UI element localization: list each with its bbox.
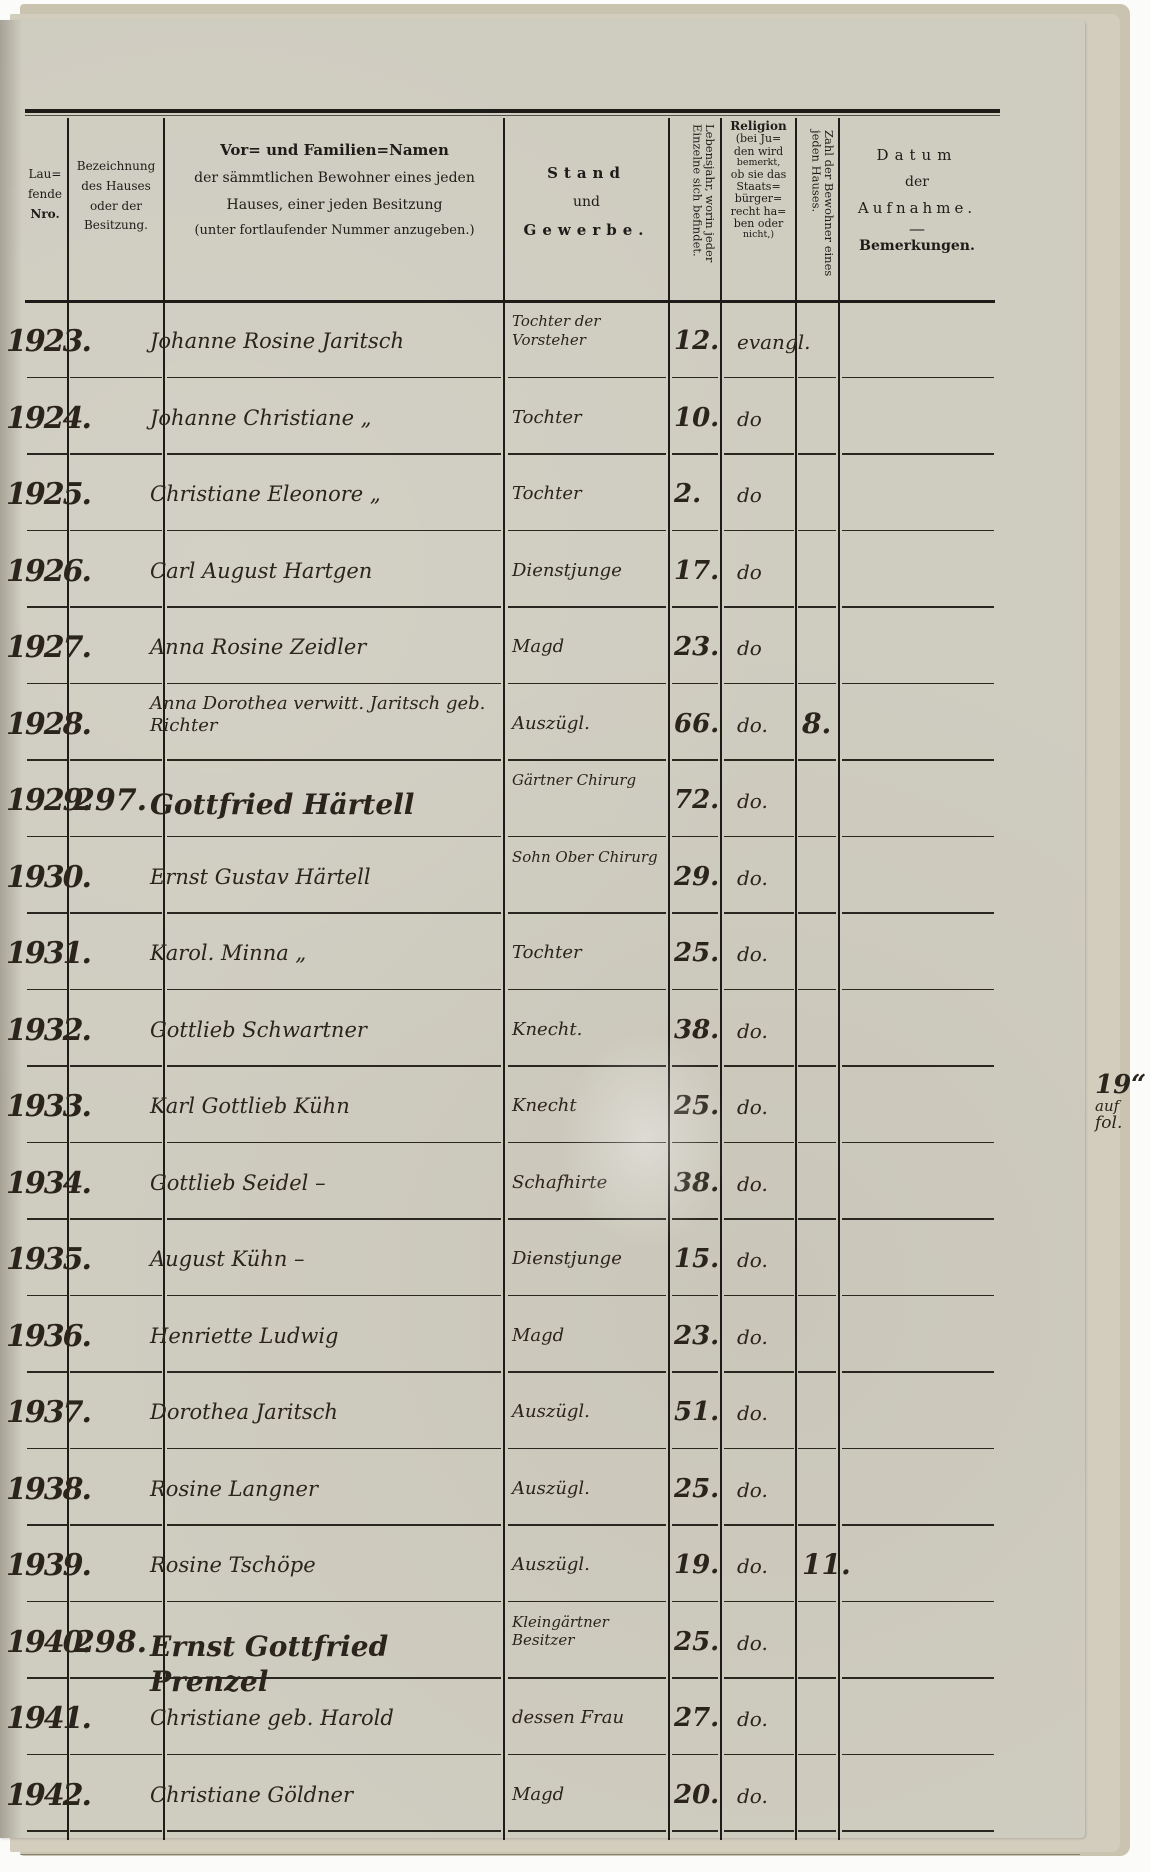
row-separator xyxy=(70,530,162,532)
resident-name: August Kühn – xyxy=(150,1246,500,1272)
row-separator xyxy=(167,1524,501,1526)
resident-name: Henriette Ludwig xyxy=(150,1323,500,1349)
header-text: bürger= xyxy=(722,193,795,205)
row-separator xyxy=(508,1830,666,1832)
row-separator xyxy=(167,1448,501,1450)
resident-name: Anna Rosine Zeidler xyxy=(150,634,500,660)
header-text: Aufnahme. xyxy=(842,200,992,217)
row-separator xyxy=(672,1601,718,1603)
religion: do. xyxy=(737,713,768,737)
religion: do. xyxy=(737,1707,768,1731)
row-separator xyxy=(672,1448,718,1450)
row-separator xyxy=(27,1677,67,1679)
row-separator xyxy=(672,1524,718,1526)
religion: do. xyxy=(737,942,768,966)
row-separator xyxy=(672,1830,718,1832)
row-separator xyxy=(508,606,666,608)
row-separator xyxy=(167,1142,501,1144)
row-separator xyxy=(798,1295,836,1297)
row-separator xyxy=(842,1830,994,1832)
religion: do. xyxy=(737,1095,768,1119)
row-separator xyxy=(167,1754,501,1756)
header-text: (bei Ju= xyxy=(722,133,795,145)
row-separator xyxy=(842,989,994,991)
age: 66. xyxy=(674,709,719,739)
occupation: Gärtner Chirurg xyxy=(512,771,668,790)
religion: do xyxy=(737,560,762,584)
row-separator xyxy=(508,836,666,838)
row-number: 1924. xyxy=(6,401,90,436)
resident-name: Carl August Hartgen xyxy=(150,558,500,584)
age: 72. xyxy=(674,785,719,815)
row-number: 1932. xyxy=(6,1013,90,1048)
occupation: Magd xyxy=(512,1784,668,1807)
resident-name: Johanne Rosine Jaritsch xyxy=(150,328,500,354)
row-number: 1931. xyxy=(6,936,90,971)
row-separator xyxy=(167,1601,501,1603)
row-separator xyxy=(167,683,501,685)
header-text: oder der xyxy=(69,200,163,214)
row-separator xyxy=(508,1601,666,1603)
row-separator xyxy=(167,1218,501,1220)
col-divider-5 xyxy=(720,118,722,1840)
header-text: nicht,) xyxy=(722,230,795,241)
header-house-designation: Bezeichnung des Hauses oder der Besitzun… xyxy=(69,160,163,233)
header-text: und xyxy=(505,194,668,210)
row-separator xyxy=(27,606,67,608)
header-text: Besitzung. xyxy=(69,219,163,233)
row-separator xyxy=(70,606,162,608)
row-separator xyxy=(672,989,718,991)
occupation: Magd xyxy=(512,636,668,659)
row-separator xyxy=(842,377,994,379)
row-separator xyxy=(508,1295,666,1297)
age: 29. xyxy=(674,862,719,892)
row-separator xyxy=(798,1754,836,1756)
col-divider-4 xyxy=(668,118,670,1840)
row-separator xyxy=(842,759,994,761)
row-separator xyxy=(508,1448,666,1450)
religion: do. xyxy=(737,866,768,890)
row-separator xyxy=(724,989,794,991)
row-separator xyxy=(167,836,501,838)
header-divider: — xyxy=(842,220,992,238)
row-separator xyxy=(842,836,994,838)
row-separator xyxy=(70,1754,162,1756)
row-separator xyxy=(27,453,67,455)
row-separator xyxy=(724,1601,794,1603)
row-separator xyxy=(27,912,67,914)
row-separator xyxy=(70,1830,162,1832)
row-separator xyxy=(508,1142,666,1144)
row-separator xyxy=(798,1524,836,1526)
resident-name: Anna Dorothea verwitt. Jaritsch geb. Ric… xyxy=(150,693,500,738)
col-divider-2 xyxy=(163,118,165,1840)
row-separator xyxy=(842,1601,994,1603)
header-text: Nro. xyxy=(22,208,68,222)
age: 25. xyxy=(674,938,719,968)
row-separator xyxy=(672,1065,718,1067)
row-separator xyxy=(798,683,836,685)
row-separator xyxy=(842,912,994,914)
row-separator xyxy=(724,1218,794,1220)
religion: do. xyxy=(737,1401,768,1425)
row-separator xyxy=(508,912,666,914)
age: 17. xyxy=(674,556,719,586)
row-separator xyxy=(27,683,67,685)
row-separator xyxy=(70,759,162,761)
header-date-remarks: Datum der Aufnahme. — Bemerkungen. xyxy=(842,147,992,254)
row-separator xyxy=(27,1601,67,1603)
row-separator xyxy=(70,1524,162,1526)
row-separator xyxy=(842,606,994,608)
header-religion: Religion (bei Ju= den wird bemerkt, ob s… xyxy=(722,120,795,241)
row-separator xyxy=(842,1524,994,1526)
row-separator xyxy=(167,1065,501,1067)
resident-name: Christiane geb. Harold xyxy=(150,1705,500,1731)
row-number: 1927. xyxy=(6,630,90,665)
row-separator xyxy=(70,1218,162,1220)
occupation: Auszügl. xyxy=(512,713,668,736)
row-separator xyxy=(27,1830,67,1832)
age: 23. xyxy=(674,1321,719,1351)
header-text: Gewerbe. xyxy=(505,222,668,239)
age: 20. xyxy=(674,1780,719,1810)
row-separator xyxy=(27,530,67,532)
age: 51. xyxy=(674,1397,719,1427)
row-separator xyxy=(508,1371,666,1373)
age: 25. xyxy=(674,1091,719,1121)
occupation: Tochter xyxy=(512,483,668,506)
header-text: (unter fortlaufender Nummer anzugeben.) xyxy=(166,224,503,239)
header-names: Vor= und Familien=Namen der sämmtlichen … xyxy=(166,142,503,239)
row-separator xyxy=(167,530,501,532)
header-text: Stand xyxy=(505,165,668,182)
religion: do. xyxy=(737,1248,768,1272)
row-separator xyxy=(672,1142,718,1144)
margin-note: 19“ auf fol. xyxy=(1095,1072,1146,1133)
row-separator xyxy=(27,989,67,991)
row-separator xyxy=(508,1218,666,1220)
occupation: Sohn Ober Chirurg xyxy=(512,848,668,867)
row-separator xyxy=(798,1218,836,1220)
row-separator xyxy=(27,1142,67,1144)
resident-name: Dorothea Jaritsch xyxy=(150,1399,500,1425)
row-number: 1936. xyxy=(6,1319,90,1354)
header-text: Hauses, einer jeden Besitzung xyxy=(166,197,503,213)
row-separator xyxy=(724,1065,794,1067)
margin-note-text: 19“ xyxy=(1095,1072,1146,1099)
row-separator xyxy=(672,1371,718,1373)
row-separator xyxy=(672,1295,718,1297)
row-separator xyxy=(508,759,666,761)
row-separator xyxy=(842,1295,994,1297)
occupation: Dienstjunge xyxy=(512,1248,668,1271)
row-separator xyxy=(724,836,794,838)
header-lfd-nr: Lau= fende Nro. xyxy=(22,168,68,221)
row-separator xyxy=(508,683,666,685)
header-text: Bemerkungen. xyxy=(842,238,992,254)
row-separator xyxy=(672,377,718,379)
occupation: Magd xyxy=(512,1325,668,1348)
resident-name: Karol. Minna „ xyxy=(150,940,500,966)
row-separator xyxy=(798,1142,836,1144)
occupation: Schafhirte xyxy=(512,1172,668,1195)
row-separator xyxy=(798,453,836,455)
resident-name: Gottfried Härtell xyxy=(150,787,500,822)
row-separator xyxy=(27,759,67,761)
row-separator xyxy=(27,377,67,379)
row-separator xyxy=(27,1218,67,1220)
row-separator xyxy=(167,912,501,914)
header-age: Lebensjahr, worin jeder Einzelne sich be… xyxy=(676,124,716,296)
row-separator xyxy=(724,453,794,455)
row-separator xyxy=(70,836,162,838)
resident-name: Christiane Eleonore „ xyxy=(150,481,500,507)
row-number: 1941. xyxy=(6,1701,90,1736)
row-separator xyxy=(508,1677,666,1679)
row-separator xyxy=(842,530,994,532)
col-divider-3 xyxy=(503,118,505,1840)
age: 38. xyxy=(674,1168,719,1198)
row-number: 1937. xyxy=(6,1395,90,1430)
row-separator xyxy=(724,912,794,914)
row-separator xyxy=(672,759,718,761)
religion: do. xyxy=(737,1019,768,1043)
age: 23. xyxy=(674,632,719,662)
col-divider-6 xyxy=(795,118,797,1840)
row-separator xyxy=(724,1754,794,1756)
row-separator xyxy=(842,1065,994,1067)
row-separator xyxy=(724,1830,794,1832)
header-household-count: Zahl der Bewohner eines jeden Hauses. xyxy=(805,130,835,290)
age: 2. xyxy=(674,479,701,509)
row-number: 1925. xyxy=(6,477,90,512)
occupation: Dienstjunge xyxy=(512,560,668,583)
age: 12. xyxy=(674,326,719,356)
row-separator xyxy=(724,377,794,379)
religion: do xyxy=(737,636,762,660)
religion: evangl. xyxy=(737,330,811,354)
row-separator xyxy=(672,530,718,532)
row-number: 1939. xyxy=(6,1548,90,1583)
row-number: 1930. xyxy=(6,860,90,895)
row-separator xyxy=(27,1065,67,1067)
age: 27. xyxy=(674,1703,719,1733)
row-separator xyxy=(798,530,836,532)
row-number: 1942. xyxy=(6,1778,90,1813)
occupation: Auszügl. xyxy=(512,1554,668,1577)
row-separator xyxy=(70,1448,162,1450)
row-separator xyxy=(70,1142,162,1144)
occupation: Auszügl. xyxy=(512,1401,668,1424)
resident-name: Christiane Göldner xyxy=(150,1782,500,1808)
page-bottom-edge xyxy=(20,1854,1080,1855)
row-separator xyxy=(672,836,718,838)
row-separator xyxy=(724,1524,794,1526)
row-separator xyxy=(70,912,162,914)
row-separator xyxy=(798,989,836,991)
row-separator xyxy=(798,759,836,761)
row-separator xyxy=(842,1754,994,1756)
header-text: des Hauses xyxy=(69,180,163,194)
row-separator xyxy=(70,1601,162,1603)
row-separator xyxy=(724,530,794,532)
row-separator xyxy=(27,1524,67,1526)
row-separator xyxy=(70,1065,162,1067)
row-separator xyxy=(672,1754,718,1756)
row-separator xyxy=(842,453,994,455)
resident-name: Ernst Gustav Härtell xyxy=(150,864,500,890)
occupation: Tochter xyxy=(512,407,668,430)
row-number: 1938. xyxy=(6,1472,90,1507)
religion: do. xyxy=(737,1172,768,1196)
header-text: der xyxy=(842,174,992,190)
row-separator xyxy=(167,1371,501,1373)
row-number: 1933. xyxy=(6,1089,90,1124)
row-number: 1928. xyxy=(6,707,90,742)
row-separator xyxy=(724,1142,794,1144)
age: 38. xyxy=(674,1015,719,1045)
row-separator xyxy=(672,912,718,914)
row-separator xyxy=(27,1448,67,1450)
header-text: Lau= xyxy=(22,168,68,182)
header-title: Vor= und Familien=Namen xyxy=(166,142,503,159)
header-occupation: Stand und Gewerbe. xyxy=(505,165,668,240)
row-separator xyxy=(27,1371,67,1373)
row-separator xyxy=(798,1830,836,1832)
row-separator xyxy=(672,1218,718,1220)
resident-name: Rosine Langner xyxy=(150,1476,500,1502)
row-separator xyxy=(672,453,718,455)
age: 19. xyxy=(674,1550,719,1580)
religion: do. xyxy=(737,789,768,813)
resident-name: Gottlieb Schwartner xyxy=(150,1017,500,1043)
row-separator xyxy=(27,1754,67,1756)
row-separator xyxy=(798,1065,836,1067)
row-separator xyxy=(167,453,501,455)
occupation: Tochter der Vorsteher xyxy=(512,312,668,350)
row-separator xyxy=(724,1448,794,1450)
house-number: 297. xyxy=(74,783,147,818)
row-separator xyxy=(724,1295,794,1297)
resident-name: Gottlieb Seidel – xyxy=(150,1170,500,1196)
row-separator xyxy=(508,1754,666,1756)
occupation: Auszügl. xyxy=(512,1478,668,1501)
religion: do. xyxy=(737,1554,768,1578)
age: 25. xyxy=(674,1474,719,1504)
row-separator xyxy=(70,453,162,455)
row-separator xyxy=(842,1371,994,1373)
row-separator xyxy=(724,606,794,608)
row-separator xyxy=(27,836,67,838)
occupation: Tochter xyxy=(512,942,668,965)
row-separator xyxy=(842,1677,994,1679)
row-separator xyxy=(798,377,836,379)
row-separator xyxy=(842,1448,994,1450)
row-separator xyxy=(508,530,666,532)
religion: do. xyxy=(737,1478,768,1502)
header-top-rule xyxy=(25,109,1000,113)
row-separator xyxy=(167,759,501,761)
header-text: Religion xyxy=(722,120,795,133)
household-count: 11. xyxy=(802,1548,851,1581)
row-separator xyxy=(508,989,666,991)
resident-name: Rosine Tschöpe xyxy=(150,1552,500,1578)
row-separator xyxy=(27,1295,67,1297)
household-count: 8. xyxy=(802,707,831,740)
religion: do xyxy=(737,407,762,431)
row-separator xyxy=(508,453,666,455)
religion: do xyxy=(737,483,762,507)
margin-note-text: fol. xyxy=(1095,1115,1146,1133)
occupation: Knecht. xyxy=(512,1019,668,1042)
row-separator xyxy=(724,1677,794,1679)
row-separator xyxy=(798,1601,836,1603)
row-separator xyxy=(167,1830,501,1832)
row-separator xyxy=(672,1677,718,1679)
row-separator xyxy=(724,1371,794,1373)
row-separator xyxy=(70,1295,162,1297)
age: 15. xyxy=(674,1244,719,1274)
row-separator xyxy=(798,606,836,608)
age: 10. xyxy=(674,403,719,433)
row-separator xyxy=(798,1371,836,1373)
religion: do. xyxy=(737,1631,768,1655)
row-separator xyxy=(70,1371,162,1373)
row-separator xyxy=(70,1677,162,1679)
occupation: Knecht xyxy=(512,1095,668,1118)
row-number: 1926. xyxy=(6,554,90,589)
header-bottom-rule xyxy=(25,300,995,303)
row-number: 1935. xyxy=(6,1242,90,1277)
row-separator xyxy=(167,989,501,991)
row-separator xyxy=(70,377,162,379)
religion: do. xyxy=(737,1784,768,1808)
age: 25. xyxy=(674,1627,719,1657)
occupation: dessen Frau xyxy=(512,1707,668,1730)
col-divider-7 xyxy=(838,118,840,1840)
row-separator xyxy=(798,1677,836,1679)
row-separator xyxy=(798,1448,836,1450)
header-top-rule-thin xyxy=(25,115,1000,116)
row-number: 1923. xyxy=(6,324,90,359)
row-separator xyxy=(167,606,501,608)
row-separator xyxy=(672,606,718,608)
row-separator xyxy=(798,836,836,838)
row-separator xyxy=(842,683,994,685)
row-separator xyxy=(798,912,836,914)
row-separator xyxy=(70,989,162,991)
house-number: 298. xyxy=(74,1625,147,1660)
row-separator xyxy=(842,1218,994,1220)
row-separator xyxy=(724,683,794,685)
religion: do. xyxy=(737,1325,768,1349)
header-text: fende xyxy=(22,188,68,202)
header-text: Bezeichnung xyxy=(69,160,163,174)
occupation: Kleingärtner Besitzer xyxy=(512,1613,668,1651)
resident-name: Johanne Christiane „ xyxy=(150,405,500,431)
resident-name: Ernst Gottfried Prenzel xyxy=(150,1629,500,1699)
row-separator xyxy=(508,377,666,379)
header-text: Datum xyxy=(842,147,992,164)
row-separator xyxy=(167,1295,501,1297)
row-separator xyxy=(672,683,718,685)
row-separator xyxy=(508,1524,666,1526)
header-text: der sämmtlichen Bewohner eines jeden xyxy=(166,170,503,186)
row-separator xyxy=(70,683,162,685)
row-separator xyxy=(842,1142,994,1144)
